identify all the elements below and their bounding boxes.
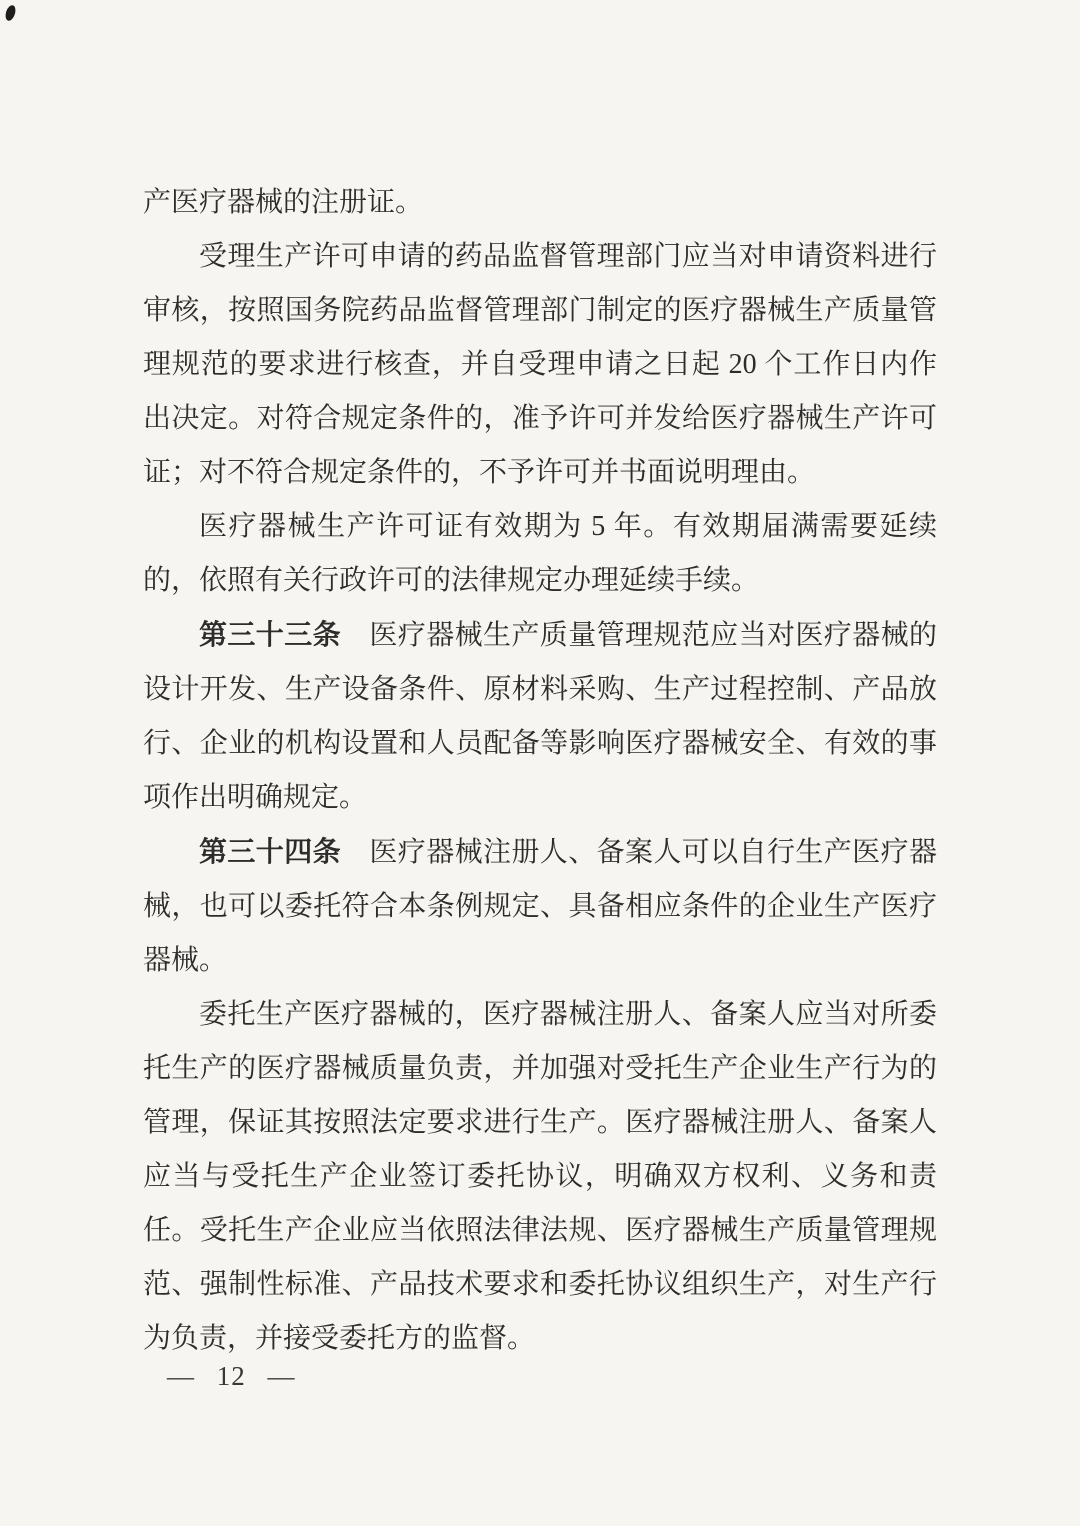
paragraph-text: 受理生产许可申请的药品监督管理部门应当对申请资料进行审核，按照国务院药品监督管理… xyxy=(143,241,937,488)
paragraph-text: 产医疗器械的注册证。 xyxy=(143,187,423,218)
article-number: 第三十四条 xyxy=(199,836,341,867)
page-number-footer: — 12 — xyxy=(167,1352,296,1400)
paragraph: 第三十四条 医疗器械注册人、备案人可以自行生产医疗器械，也可以委托符合本条例规定… xyxy=(143,825,937,988)
scan-artifact-speck xyxy=(4,4,18,22)
paragraph: 产医疗器械的注册证。 xyxy=(143,176,937,230)
paragraph: 第三十三条 医疗器械生产质量管理规范应当对医疗器械的设计开发、生产设备条件、原材… xyxy=(143,608,937,825)
paragraph: 医疗器械生产许可证有效期为 5 年。有效期届满需要延续的，依照有关行政许可的法律… xyxy=(143,500,937,608)
paragraph: 委托生产医疗器械的，医疗器械注册人、备案人应当对所委托生产的医疗器械质量负责，并… xyxy=(143,988,937,1366)
paragraph-text: 委托生产医疗器械的，医疗器械注册人、备案人应当对所委托生产的医疗器械质量负责，并… xyxy=(143,999,937,1354)
article-number: 第三十三条 xyxy=(199,619,341,650)
paragraph: 受理生产许可申请的药品监督管理部门应当对申请资料进行审核，按照国务院药品监督管理… xyxy=(143,230,937,500)
document-page: 产医疗器械的注册证。受理生产许可申请的药品监督管理部门应当对申请资料进行审核，按… xyxy=(0,0,1080,1526)
document-body: 产医疗器械的注册证。受理生产许可申请的药品监督管理部门应当对申请资料进行审核，按… xyxy=(143,176,937,1366)
paragraph-text: 医疗器械生产许可证有效期为 5 年。有效期届满需要延续的，依照有关行政许可的法律… xyxy=(143,511,937,596)
